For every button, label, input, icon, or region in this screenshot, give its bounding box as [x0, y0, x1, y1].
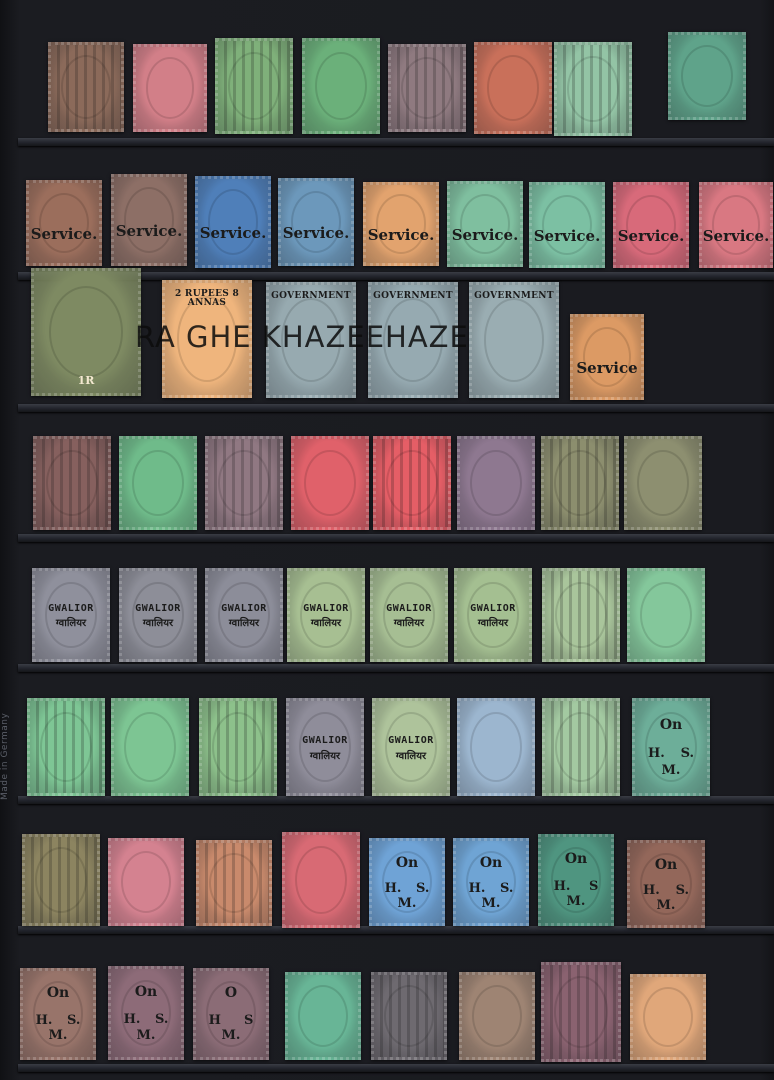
stamp: OnH.S.M.: [453, 838, 529, 926]
ohms-s: S: [589, 880, 598, 893]
ohms-overprint-on: On: [111, 985, 181, 999]
gwalior-overprint: GWALIOR: [290, 604, 362, 614]
overprint-text: Service: [573, 361, 641, 376]
gwalior-hindi-overprint: ग्वालियर: [290, 619, 362, 629]
ohms-overprint-on: On: [630, 858, 702, 872]
gwalior-hindi-overprint: ग्वालियर: [208, 619, 280, 629]
stamp: [457, 436, 535, 530]
stamp-header-text: GOVERNMENT: [472, 292, 556, 301]
stamp: GWALIORग्वालियर: [205, 568, 283, 662]
stamp: Service.: [447, 181, 523, 267]
gwalior-overprint: GWALIOR: [373, 604, 445, 614]
stamp: Service.: [111, 174, 187, 266]
gwalior-overprint: GWALIOR: [35, 604, 107, 614]
ohms-h: H.: [648, 747, 665, 760]
service-overprint: Service.: [281, 226, 351, 241]
postmark-cancel: [544, 439, 616, 527]
gwalior-hindi-overprint: ग्वालियर: [375, 752, 447, 762]
ohms-h: H.: [36, 1014, 53, 1027]
gwalior-overprint: GWALIOR: [289, 736, 361, 746]
ohms-overprint-hs: H.S.: [456, 882, 526, 895]
stamp: [542, 568, 620, 662]
gwalior-hindi-overprint: ग्वालियर: [289, 752, 361, 762]
ohms-overprint-on: On: [372, 856, 442, 870]
ohms-h: H.: [469, 882, 486, 895]
postmark-cancel: [30, 701, 102, 793]
ohms-s: S.: [676, 884, 689, 897]
stamp: OnH.SM.: [538, 834, 614, 926]
stamp: [371, 972, 447, 1060]
service-overprint: Service.: [702, 229, 770, 244]
ohms-s: S.: [67, 1014, 80, 1027]
stamp: [199, 698, 277, 796]
stamp: OnH.S.M.: [632, 698, 710, 796]
stamp-value: 1R: [34, 375, 138, 386]
manufacturer-label: Made in Germany: [0, 690, 14, 800]
stamp: [196, 840, 272, 926]
stamp: Service.: [278, 178, 354, 266]
stamp: Service: [570, 314, 644, 400]
stamp: [33, 436, 111, 530]
stamp: [457, 698, 535, 796]
ohms-s: S: [244, 1014, 253, 1027]
ohms-overprint-hs: H.S.: [372, 882, 442, 895]
ohms-s: S.: [155, 1013, 168, 1026]
ohms-overprint-m: M.: [630, 899, 702, 912]
stamp: [624, 436, 702, 530]
stamp: GWALIORग्वालियर: [287, 568, 365, 662]
stamp-header-text: 2 RUPEES 8 ANNAS: [165, 290, 249, 308]
ohms-s: S.: [500, 882, 513, 895]
stamp: GWALIORग्वालियर: [286, 698, 364, 796]
service-overprint: Service.: [29, 227, 99, 242]
stamp: [111, 698, 189, 796]
gwalior-hindi-overprint: ग्वालियर: [457, 619, 529, 629]
stamp: GWALIORग्वालियर: [370, 568, 448, 662]
service-overprint: Service.: [450, 228, 520, 243]
ohms-overprint-on: On: [23, 986, 93, 1000]
ohms-h: H.: [385, 882, 402, 895]
ohms-overprint-hs: H.S.: [23, 1014, 93, 1027]
postmark-cancel: [202, 701, 274, 793]
stamp: [48, 42, 124, 132]
gwalior-overprint: GWALIOR: [375, 736, 447, 746]
stamp: [630, 974, 706, 1060]
stamp: GOVERNMENT: [469, 282, 559, 398]
stamp: [302, 38, 380, 134]
ohms-overprint-hs: HS: [196, 1014, 266, 1027]
ohms-s: S.: [681, 747, 694, 760]
mount-strip: [18, 404, 774, 412]
stamp: [291, 436, 369, 530]
ohms-h: H.: [124, 1013, 141, 1026]
gwalior-overprint: GWALIOR: [122, 604, 194, 614]
postmark-cancel: [199, 843, 269, 923]
stamp: OnH.S.M.: [108, 966, 184, 1060]
stamp: GWALIORग्वालियर: [372, 698, 450, 796]
stamp: [627, 568, 705, 662]
gwalior-hindi-overprint: ग्वालियर: [373, 619, 445, 629]
stamp-header-text: GOVERNMENT: [371, 292, 455, 301]
postmark-cancel: [544, 965, 618, 1059]
ohms-s: S.: [416, 882, 429, 895]
ohms-overprint-hs: H.S.: [635, 747, 707, 760]
stamp: OnH.S.M.: [20, 968, 96, 1060]
ohms-overprint-m: M.: [541, 895, 611, 908]
stamp: [542, 698, 620, 796]
stamp: Service.: [363, 182, 439, 266]
stamp: GWALIORग्वालियर: [454, 568, 532, 662]
ohms-overprint-on: On: [541, 852, 611, 866]
gwalior-hindi-overprint: ग्वालियर: [35, 619, 107, 629]
ohms-h: H: [209, 1014, 221, 1027]
gwalior-overprint: GWALIOR: [208, 604, 280, 614]
service-overprint: Service.: [198, 226, 268, 241]
ohms-overprint-m: M.: [196, 1029, 266, 1042]
ohms-h: H.: [643, 884, 660, 897]
mount-strip: [18, 534, 774, 542]
stamp: Service.: [529, 182, 605, 268]
mount-strip: [18, 664, 774, 672]
ohms-overprint-hs: H.S.: [630, 884, 702, 897]
postmark-cancel: [51, 45, 121, 129]
stamp: [554, 42, 632, 136]
gwalior-overprint: GWALIOR: [457, 604, 529, 614]
ohms-h: H.: [554, 880, 571, 893]
ohms-overprint-hs: H.S.: [111, 1013, 181, 1026]
stamp: [133, 44, 207, 132]
service-overprint: Service.: [114, 224, 184, 239]
postmark-cancel: [545, 701, 617, 793]
postmark-cancel: [374, 975, 444, 1057]
stamp: Service.: [26, 180, 102, 266]
stamp: [668, 32, 746, 120]
stamp: [285, 972, 361, 1060]
stamp: [108, 838, 184, 926]
stamp: [474, 42, 552, 134]
service-overprint: Service.: [616, 229, 686, 244]
postmark-cancel: [557, 45, 629, 133]
postmark-cancel: [545, 571, 617, 659]
stamp: [215, 38, 293, 134]
stamp: [388, 44, 466, 132]
stamp: OnH.S.M.: [369, 838, 445, 926]
mount-strip: [18, 138, 774, 146]
stamp: [541, 962, 621, 1062]
ohms-overprint-m: M.: [456, 897, 526, 910]
stamp-header-text: GOVERNMENT: [269, 292, 353, 301]
postmark-cancel: [36, 439, 108, 527]
stamp: Service.: [699, 182, 773, 268]
stamp: [541, 436, 619, 530]
stamp: GWALIORग्वालियर: [119, 568, 197, 662]
ohms-overprint-m: M.: [111, 1029, 181, 1042]
gwalior-hindi-overprint: ग्वालियर: [122, 619, 194, 629]
stamp: [459, 972, 535, 1060]
postmark-cancel: [218, 41, 290, 131]
ohms-overprint-on: On: [635, 718, 707, 732]
stock-page: Made in Germany Service.Service.Service.…: [0, 0, 774, 1080]
service-overprint: Service.: [532, 229, 602, 244]
stamp: [27, 698, 105, 796]
ohms-overprint-m: M.: [23, 1029, 93, 1042]
service-overprint: Service.: [366, 228, 436, 243]
postmark-cancel: [376, 439, 448, 527]
stamp: Service.: [195, 176, 271, 268]
ohms-overprint-hs: H.S: [541, 880, 611, 893]
stamp: [373, 436, 451, 530]
stamp: OnH.S.M.: [627, 840, 705, 928]
ohms-overprint-m: M.: [372, 897, 442, 910]
postmark-cancel: [208, 439, 280, 527]
stamp: [205, 436, 283, 530]
postmark-cancel: [391, 47, 463, 129]
ohms-overprint-m: M.: [635, 764, 707, 777]
stamp: 1R: [31, 268, 141, 396]
stamp: GWALIORग्वालियर: [32, 568, 110, 662]
mount-strip: [18, 1064, 774, 1072]
ohms-overprint-on: O: [196, 986, 266, 1000]
stamp: OHSM.: [193, 968, 269, 1060]
stamp: [282, 832, 360, 928]
stamp: [119, 436, 197, 530]
postmark-cancel: [25, 837, 97, 923]
handstamp-cancellation: RA GHE KHAZEEHAZE: [135, 320, 469, 354]
stamp: [22, 834, 100, 926]
ohms-overprint-on: On: [456, 856, 526, 870]
mount-strip: [18, 796, 774, 804]
stamp: Service.: [613, 182, 689, 268]
